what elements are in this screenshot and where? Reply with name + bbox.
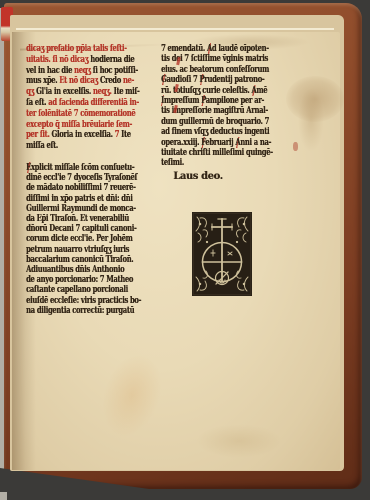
text-segment: ad finem vſqʒ deductus ingenti: [161, 126, 269, 137]
ink-showthrough: [298, 88, 324, 152]
text-segment: dum guillermū de broquario. 7: [161, 116, 269, 127]
text-segment: ebruarij: [205, 137, 235, 148]
text-segment: ſi hoc potiſſi-: [93, 65, 138, 76]
text-segment: vel in hac die: [26, 65, 74, 76]
text-segment: tis impreſſorie magiſtrū Arnal-: [161, 105, 268, 116]
text-segment: 7 emendatū.: [161, 43, 207, 54]
text-segment: rudentij patrono-: [204, 74, 264, 85]
text-segment: mpreſſum: [164, 95, 201, 106]
text-segment: qʒ: [26, 86, 36, 97]
text-segment: Et nō dicaʒ: [59, 75, 100, 86]
laus-deo-line: Laus deo.: [161, 171, 235, 182]
text-segment: excepto q̄ miſſa brēuiarie ſem-: [26, 119, 132, 130]
text-segment: teſimi.: [161, 157, 184, 168]
text-segment: na diligentia correctū: purgatū: [26, 305, 134, 316]
text-segment: miſſa eſt.: [26, 140, 58, 151]
text-segment: Ite: [121, 129, 131, 140]
text-line: miſſa eſt.: [26, 141, 167, 152]
text-segment: dicaʒ prefatio pp̄ia talis feſti-: [26, 43, 127, 54]
text-segment: opera.xxiij.: [161, 137, 201, 148]
text-segment: ad facienda differentiā in-: [48, 97, 139, 108]
text-line: na diligentia correctū: purgatū: [26, 306, 167, 316]
right-column-colophon-paragraph: 7 emendatū. Ad laudē oīpoten-tis dei 7 ſ…: [161, 44, 302, 169]
text-segment: ſa eſt.: [26, 97, 48, 108]
text-segment: ampilone per ar-: [206, 95, 264, 106]
text-segment: hodierna die: [90, 54, 134, 65]
text-segment: mus xp̄e.: [26, 75, 59, 86]
text-segment: d laudē oīpoten-: [212, 43, 269, 54]
text-segment: eius. ac beatorum confeſſorum: [161, 64, 269, 75]
text-segment: Credo: [100, 75, 123, 86]
text-segment: neqʒ.: [93, 86, 114, 97]
page-stain: [196, 424, 282, 458]
text-segment: ne-: [123, 75, 134, 86]
text-segment: uitatis. ſi nō dicaʒ: [26, 54, 90, 65]
left-column-colophon-paragraph: Explicit miſſale ſcōm conſuetu-dinē eccl…: [26, 163, 167, 316]
text-segment: per ſit.: [26, 129, 51, 140]
text-segment: ter ſolēnitatē 7 cōmemorationē: [26, 108, 135, 119]
text-segment: Gloria in excelſia.: [51, 129, 114, 140]
text-segment: Ite miſ-: [114, 86, 140, 97]
text-segment: nni a na-: [240, 137, 271, 148]
page-edge-line: [16, 28, 334, 30]
text-segment: audioſi 7: [166, 74, 199, 85]
left-column-rubric-paragraph: dicaʒ prefatio pp̄ia talis feſti-uitatis…: [26, 44, 167, 152]
text-line: teſimi.: [161, 158, 302, 168]
text-segment: mē: [256, 85, 267, 96]
text-segment: tiuitate chriſti milleſimi quingē-: [161, 147, 273, 158]
text-segment: Gl'ia in excelſis.: [36, 86, 93, 97]
book-photo: dicaʒ prefatio pp̄ia talis feſti-uitatis…: [0, 0, 370, 500]
printer-device-woodcut: [192, 212, 252, 296]
text-segment: neqʒ: [74, 65, 93, 76]
